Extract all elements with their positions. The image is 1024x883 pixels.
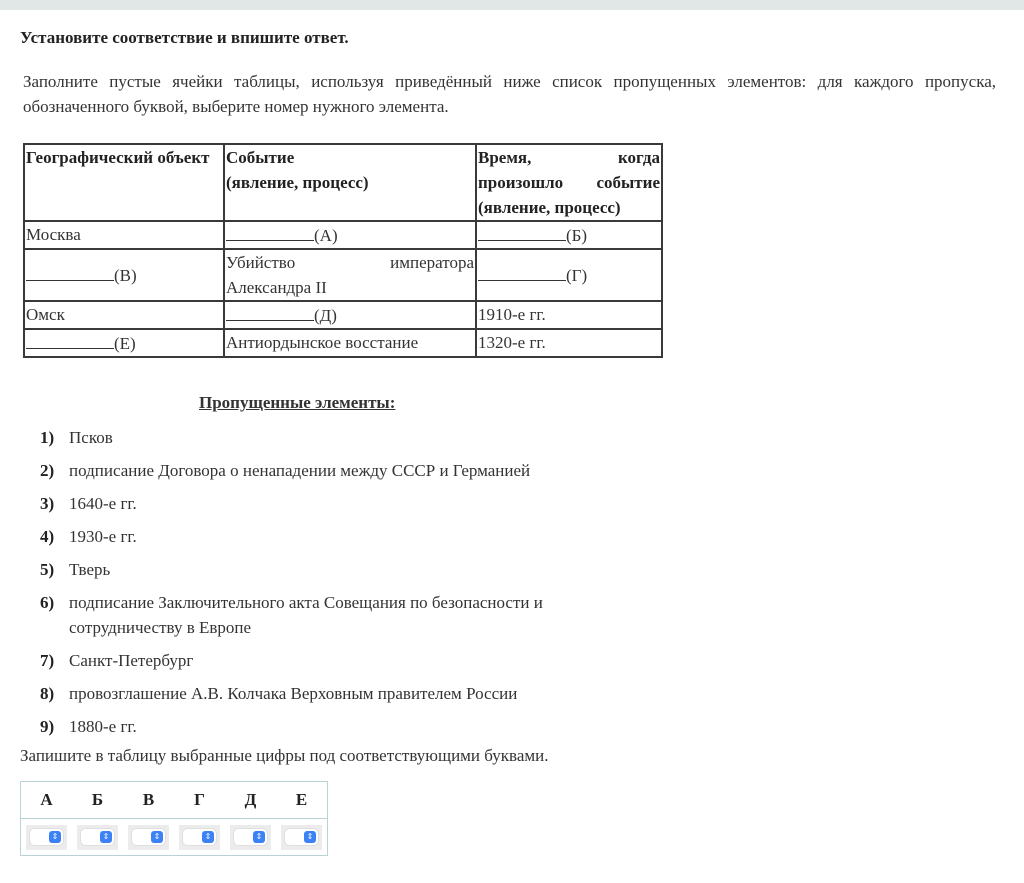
answer-letter-d: Д xyxy=(225,782,276,819)
list-item: 4)1930-е гг. xyxy=(40,524,589,549)
list-item: 2)подписание Договора о ненападении межд… xyxy=(40,458,589,483)
list-item: 7)Санкт-Петербург xyxy=(40,648,589,673)
table-row: Москва (А) (Б) xyxy=(24,221,662,249)
answer-select-a[interactable]: ⇕ xyxy=(30,829,63,845)
matching-table: Географический объект Событие (явление, … xyxy=(23,143,663,358)
cell-time: 1320-е гг. xyxy=(476,329,662,357)
updown-chevron-icon: ⇕ xyxy=(100,831,112,843)
table-row: (В) Убийствоимператора Александра II (Г) xyxy=(24,249,662,301)
list-item: 5)Тверь xyxy=(40,557,589,582)
table-row: Омск (Д) 1910-е гг. xyxy=(24,301,662,329)
top-bar xyxy=(0,0,1024,10)
cell-time: 1910-е гг. xyxy=(476,301,662,329)
answer-prompt: Запишите в таблицу выбранные цифры под с… xyxy=(20,746,549,766)
list-item: 9)1880-е гг. xyxy=(40,714,589,739)
updown-chevron-icon: ⇕ xyxy=(253,831,265,843)
list-item: 6)подписание Заключительного акта Совеща… xyxy=(40,590,589,640)
list-item: 1)Псков xyxy=(40,425,589,450)
answer-select-v[interactable]: ⇕ xyxy=(132,829,165,845)
answer-letter-g: Г xyxy=(174,782,225,819)
table-header-row: Географический объект Событие (явление, … xyxy=(24,144,662,221)
table-row: (Е) Антиордынское восстание 1320-е гг. xyxy=(24,329,662,357)
answer-letter-e: Е xyxy=(276,782,328,819)
missing-elements-title: Пропущенные элементы: xyxy=(199,393,395,413)
cell-event: (А) xyxy=(224,221,476,249)
missing-elements-list: 1)Псков 2)подписание Договора о ненападе… xyxy=(40,425,589,747)
cell-event: Антиордынское восстание xyxy=(224,329,476,357)
list-item: 3)1640-е гг. xyxy=(40,491,589,516)
answer-select-d[interactable]: ⇕ xyxy=(234,829,267,845)
answer-letter-v: В xyxy=(123,782,174,819)
answer-select-e[interactable]: ⇕ xyxy=(285,829,318,845)
updown-chevron-icon: ⇕ xyxy=(49,831,61,843)
cell-event: Убийствоимператора Александра II xyxy=(224,249,476,301)
cell-geo: Омск xyxy=(24,301,224,329)
updown-chevron-icon: ⇕ xyxy=(151,831,163,843)
answer-select-b[interactable]: ⇕ xyxy=(81,829,114,845)
answer-letter-b: Б xyxy=(72,782,123,819)
header-event: Событие (явление, процесс) xyxy=(224,144,476,221)
cell-geo: (В) xyxy=(24,249,224,301)
task-title: Установите соответствие и впишите ответ. xyxy=(20,28,349,48)
task-instruction: Заполните пустые ячейки таблицы, использ… xyxy=(23,69,996,119)
answer-select-g[interactable]: ⇕ xyxy=(183,829,216,845)
cell-geo: Москва xyxy=(24,221,224,249)
cell-time: (Г) xyxy=(476,249,662,301)
header-time: Время,когда произошлособытие (явление, п… xyxy=(476,144,662,221)
answer-letter-a: А xyxy=(21,782,73,819)
updown-chevron-icon: ⇕ xyxy=(304,831,316,843)
header-geo: Географический объект xyxy=(24,144,224,221)
answer-table: А Б В Г Д Е ⇕ ⇕ ⇕ ⇕ ⇕ ⇕ xyxy=(20,781,328,856)
updown-chevron-icon: ⇕ xyxy=(202,831,214,843)
list-item: 8)провозглашение А.В. Колчака Верховным … xyxy=(40,681,589,706)
cell-event: (Д) xyxy=(224,301,476,329)
cell-time: (Б) xyxy=(476,221,662,249)
cell-geo: (Е) xyxy=(24,329,224,357)
